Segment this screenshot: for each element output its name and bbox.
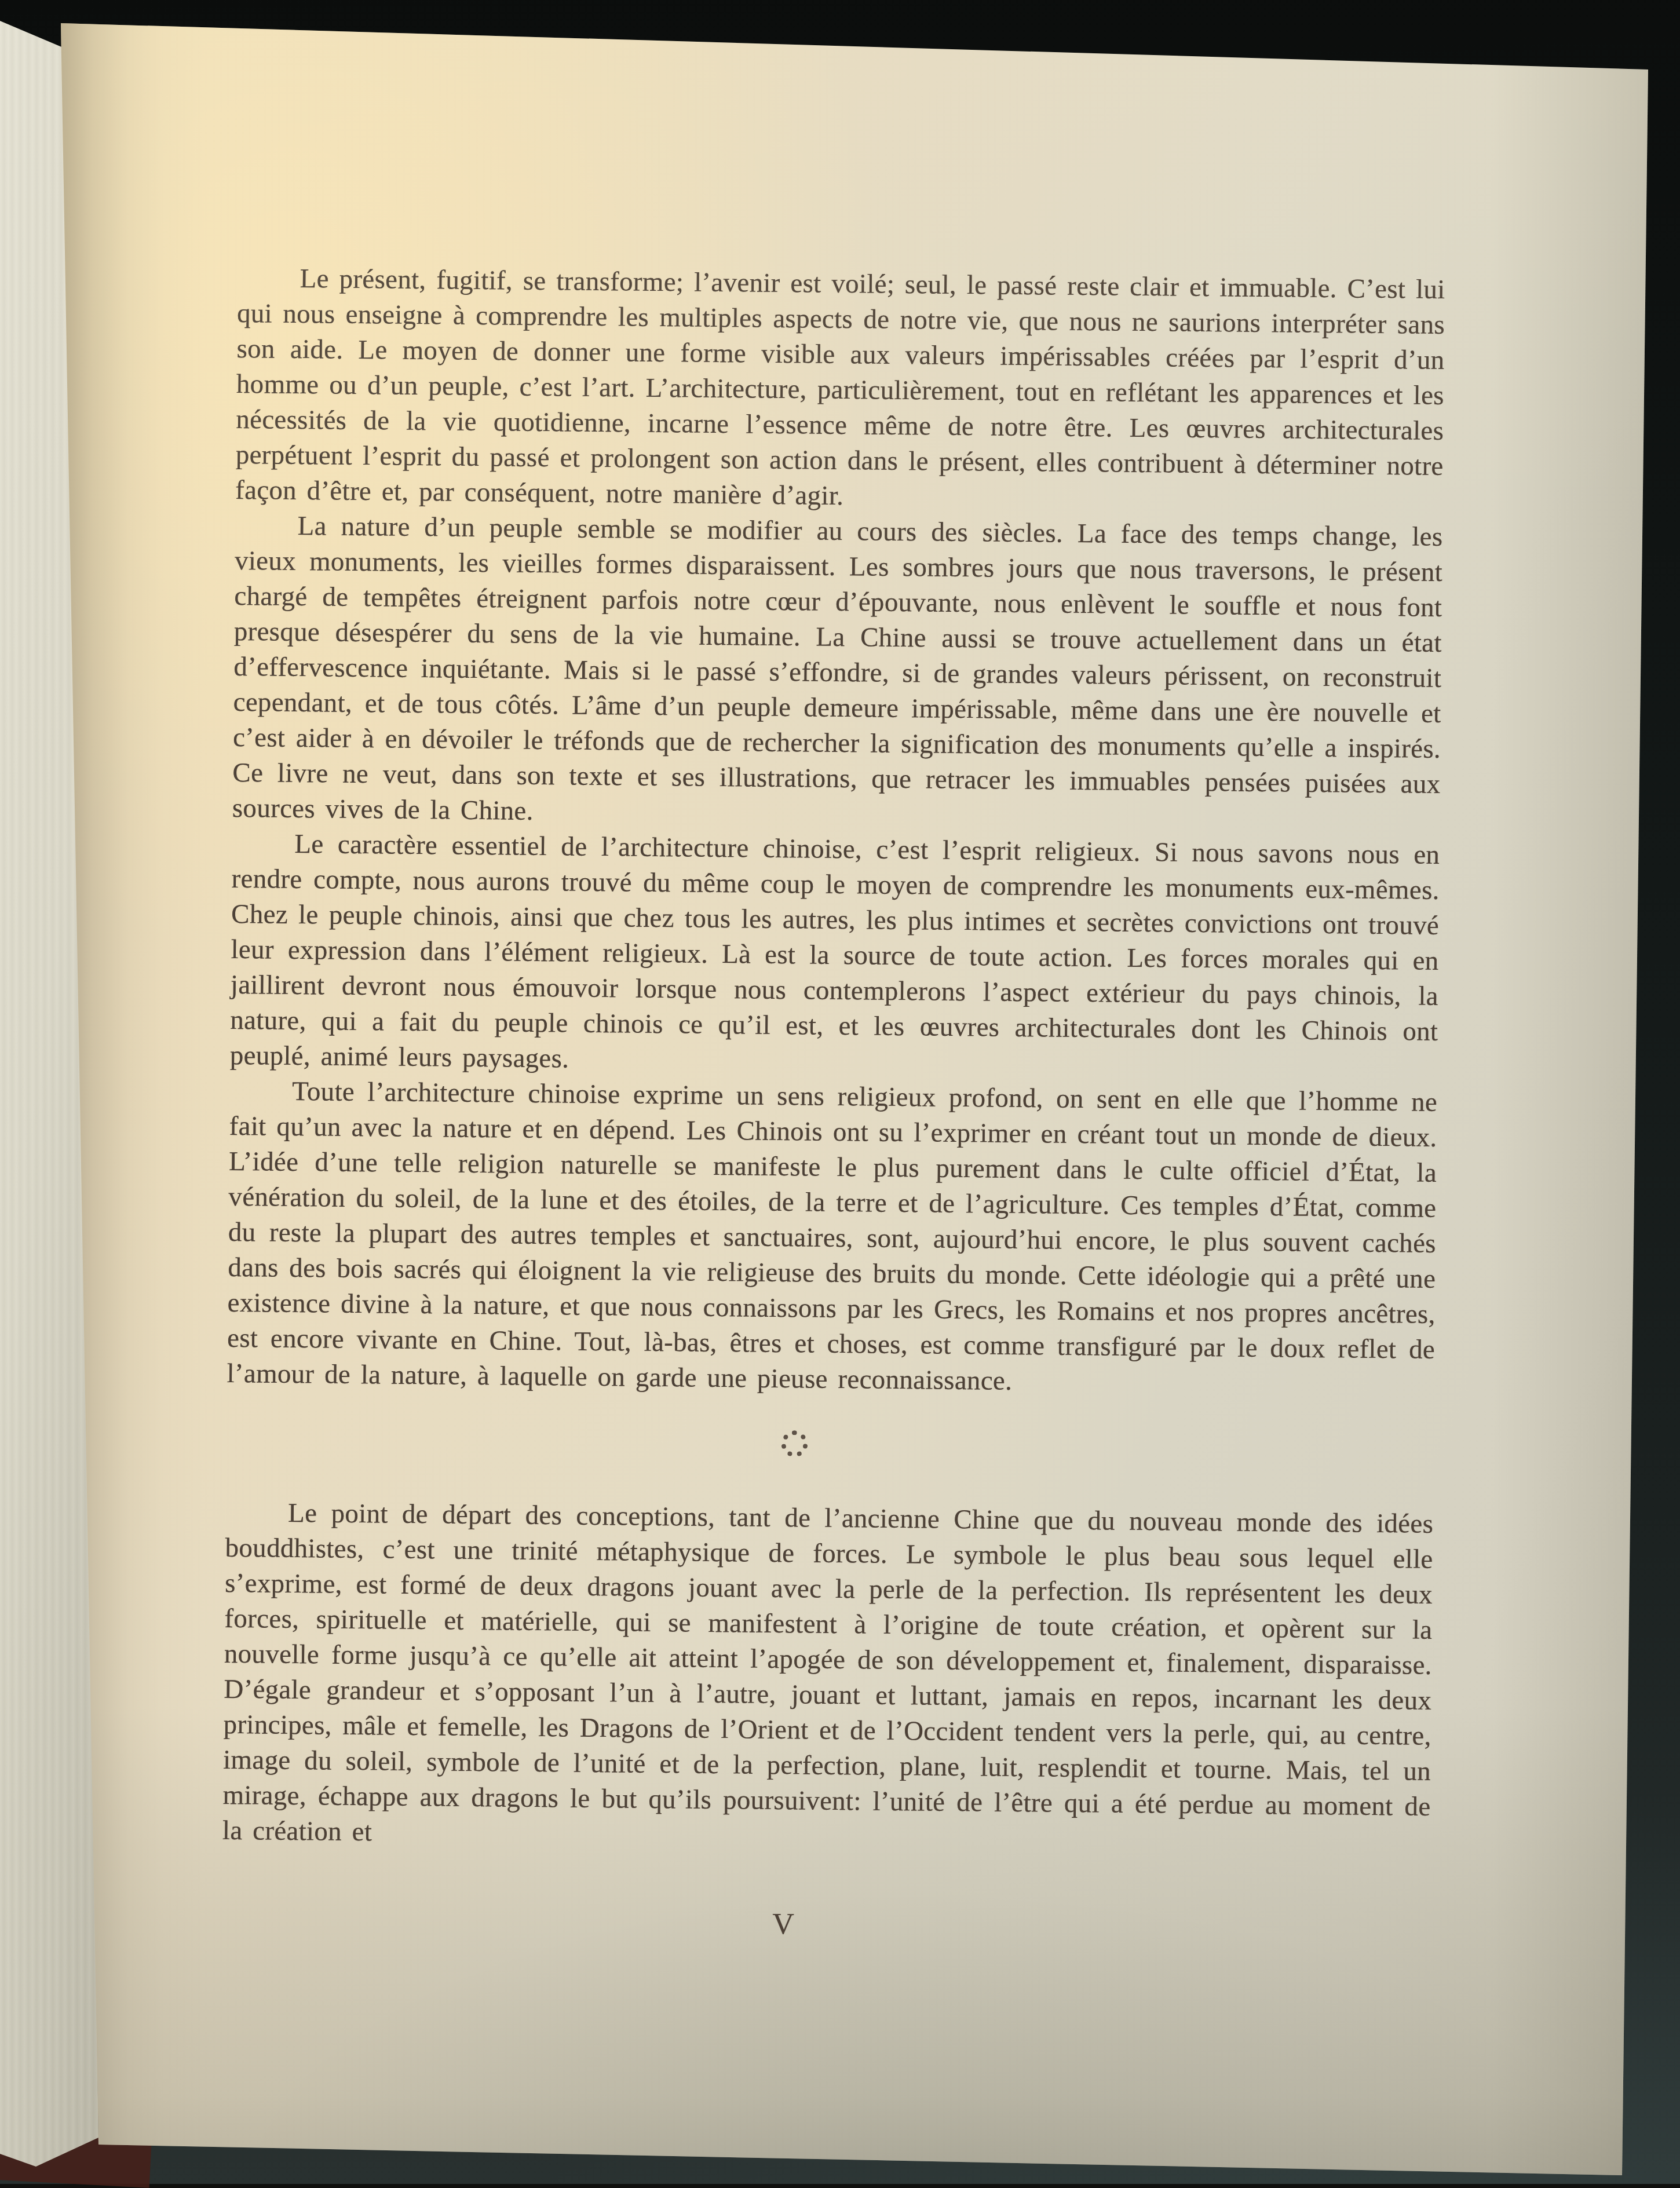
paragraph: Le caractère essentiel de l’architecture… bbox=[230, 826, 1440, 1085]
ornament-row bbox=[190, 1424, 1398, 1466]
text-block: Le présent, fugitif, se transforme; l’av… bbox=[221, 261, 1445, 1948]
paragraph: La nature d’un peuple semble se modifier… bbox=[232, 508, 1443, 838]
book-photo: Le présent, fugitif, se transforme; l’av… bbox=[0, 0, 1680, 2184]
paragraph: Le point de départ des conceptions, tant… bbox=[222, 1495, 1434, 1860]
paragraph: Toute l’architecture chinoise exprime un… bbox=[227, 1073, 1437, 1403]
paragraphs-after-ornament: Le point de départ des conceptions, tant… bbox=[222, 1495, 1434, 1860]
paragraphs-before-ornament: Le présent, fugitif, se transforme; l’av… bbox=[227, 261, 1445, 1403]
book-page: Le présent, fugitif, se transforme; l’av… bbox=[32, 17, 1654, 2181]
page-number: V bbox=[180, 1901, 1387, 1947]
paragraph: Le présent, fugitif, se transforme; l’av… bbox=[235, 261, 1445, 520]
section-divider-ornament bbox=[781, 1430, 808, 1457]
